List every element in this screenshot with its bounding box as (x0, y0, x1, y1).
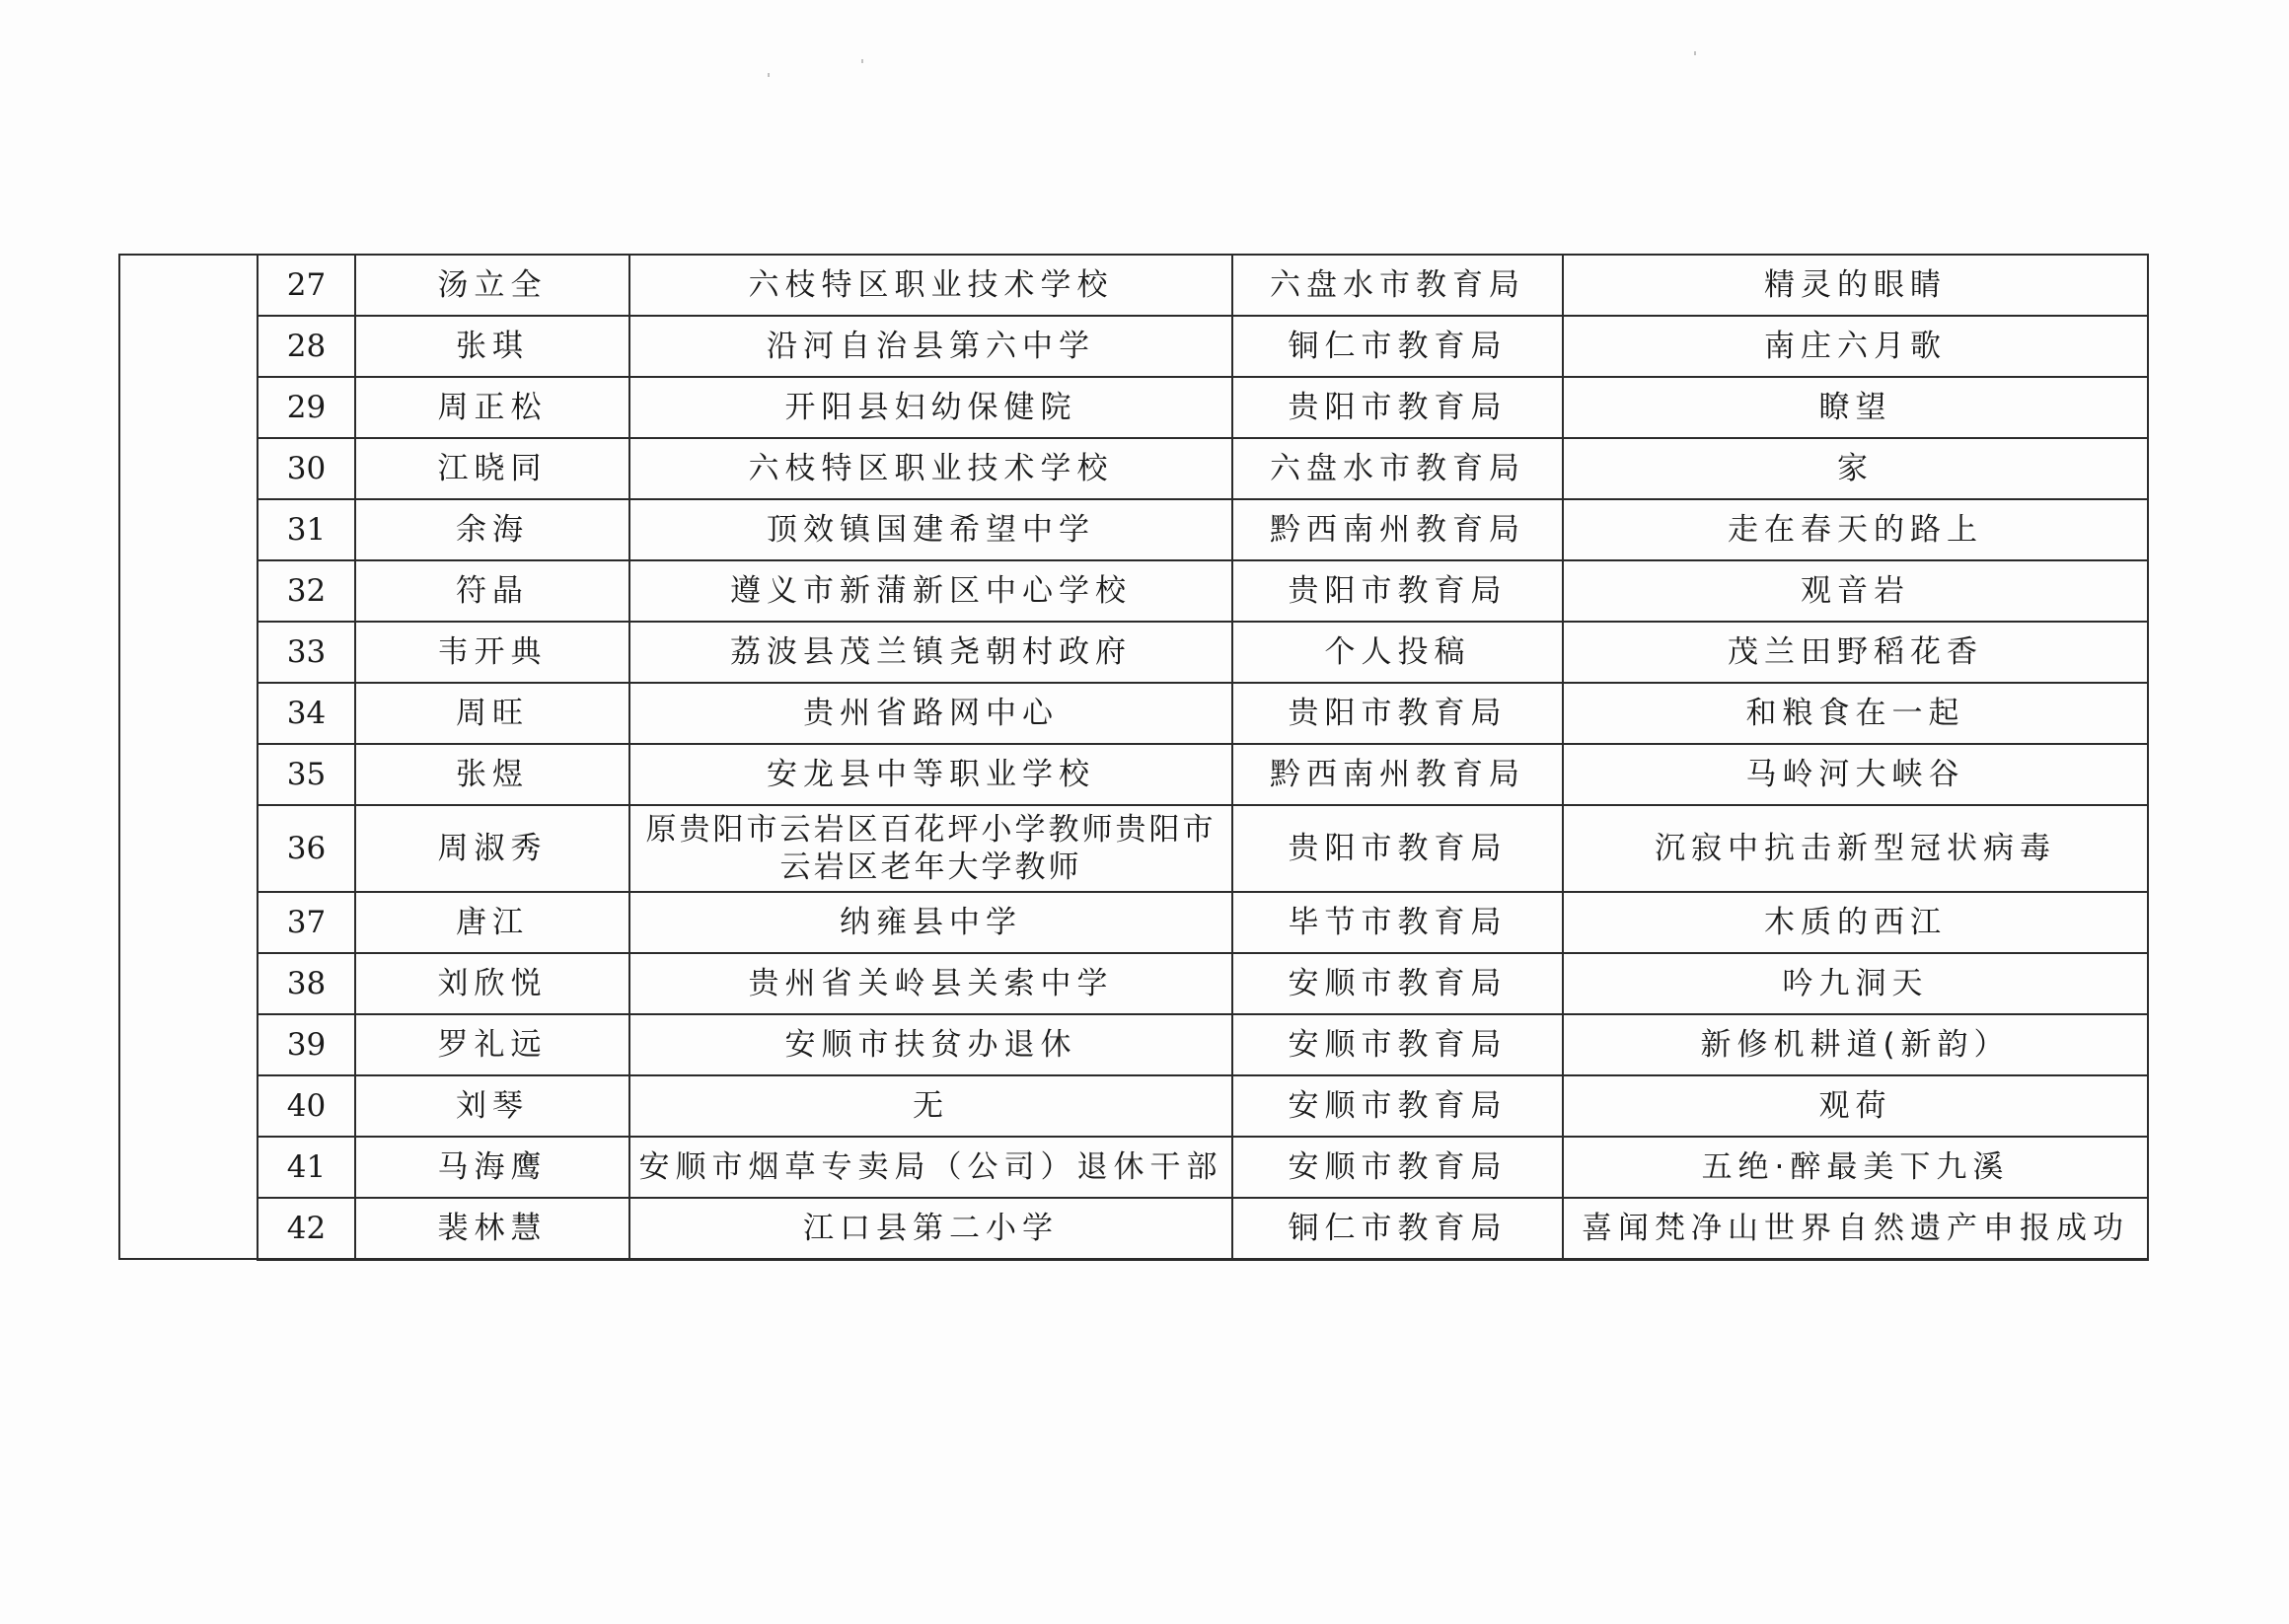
author-unit: 六枝特区职业技术学校 (629, 438, 1232, 499)
author-unit: 纳雍县中学 (629, 892, 1232, 953)
row-number: 37 (258, 892, 355, 953)
row-number: 33 (258, 622, 355, 683)
author-name: 裴林慧 (355, 1198, 629, 1259)
recommending-unit: 个人投稿 (1232, 622, 1563, 683)
work-title: 新修机耕道(新韵） (1563, 1014, 2148, 1075)
recommending-unit: 安顺市教育局 (1232, 1137, 1563, 1198)
scan-speck (1694, 51, 1696, 55)
recommending-unit: 贵阳市教育局 (1232, 560, 1563, 622)
row-number: 35 (258, 744, 355, 805)
table-row: 37 唐江 纳雍县中学 毕节市教育局 木质的西江 (119, 892, 2148, 953)
author-name: 刘欣悦 (355, 953, 629, 1014)
recommending-unit: 安顺市教育局 (1232, 953, 1563, 1014)
work-title: 南庄六月歌 (1563, 316, 2148, 377)
recommending-unit: 毕节市教育局 (1232, 892, 1563, 953)
author-name: 马海鹰 (355, 1137, 629, 1198)
author-name: 江晓同 (355, 438, 629, 499)
row-number: 31 (258, 499, 355, 560)
row-number: 36 (258, 805, 355, 892)
table-row: 39 罗礼远 安顺市扶贫办退休 安顺市教育局 新修机耕道(新韵） (119, 1014, 2148, 1075)
table-row: 38 刘欣悦 贵州省关岭县关索中学 安顺市教育局 吟九洞天 (119, 953, 2148, 1014)
row-number: 29 (258, 377, 355, 438)
author-unit: 安龙县中等职业学校 (629, 744, 1232, 805)
author-name: 罗礼远 (355, 1014, 629, 1075)
work-title: 沉寂中抗击新型冠状病毒 (1563, 805, 2148, 892)
author-unit: 沿河自治县第六中学 (629, 316, 1232, 377)
author-unit: 安顺市扶贫办退休 (629, 1014, 1232, 1075)
recommending-unit: 贵阳市教育局 (1232, 377, 1563, 438)
scan-speck (861, 59, 863, 63)
work-title: 五绝·醉最美下九溪 (1563, 1137, 2148, 1198)
author-name: 周旺 (355, 683, 629, 744)
work-title: 观音岩 (1563, 560, 2148, 622)
row-number: 34 (258, 683, 355, 744)
recommending-unit: 安顺市教育局 (1232, 1014, 1563, 1075)
row-number: 38 (258, 953, 355, 1014)
roster-body: 27 汤立全 六枝特区职业技术学校 六盘水市教育局 精灵的眼睛 28 张琪 沿河… (119, 255, 2148, 1259)
author-name: 周淑秀 (355, 805, 629, 892)
row-number: 41 (258, 1137, 355, 1198)
work-title: 走在春天的路上 (1563, 499, 2148, 560)
recommending-unit: 黔西南州教育局 (1232, 744, 1563, 805)
recommending-unit: 安顺市教育局 (1232, 1075, 1563, 1137)
author-unit: 原贵阳市云岩区百花坪小学教师贵阳市云岩区老年大学教师 (629, 805, 1232, 892)
work-title: 瞭望 (1563, 377, 2148, 438)
table-row: 27 汤立全 六枝特区职业技术学校 六盘水市教育局 精灵的眼睛 (119, 255, 2148, 316)
author-name: 余海 (355, 499, 629, 560)
merged-category-cell (119, 255, 258, 1259)
table-row: 33 韦开典 荔波县茂兰镇尧朝村政府 个人投稿 茂兰田野稻花香 (119, 622, 2148, 683)
author-unit: 江口县第二小学 (629, 1198, 1232, 1259)
row-number: 42 (258, 1198, 355, 1259)
author-unit: 六枝特区职业技术学校 (629, 255, 1232, 316)
author-unit: 无 (629, 1075, 1232, 1137)
table-row: 36 周淑秀 原贵阳市云岩区百花坪小学教师贵阳市云岩区老年大学教师 贵阳市教育局… (119, 805, 2148, 892)
table-row: 28 张琪 沿河自治县第六中学 铜仁市教育局 南庄六月歌 (119, 316, 2148, 377)
recommending-unit: 六盘水市教育局 (1232, 255, 1563, 316)
row-number: 39 (258, 1014, 355, 1075)
author-unit: 开阳县妇幼保健院 (629, 377, 1232, 438)
author-unit: 荔波县茂兰镇尧朝村政府 (629, 622, 1232, 683)
author-name: 韦开典 (355, 622, 629, 683)
recommending-unit: 黔西南州教育局 (1232, 499, 1563, 560)
author-name: 周正松 (355, 377, 629, 438)
author-name: 刘琴 (355, 1075, 629, 1137)
table-row: 42 裴林慧 江口县第二小学 铜仁市教育局 喜闻梵净山世界自然遗产申报成功 (119, 1198, 2148, 1259)
row-number: 40 (258, 1075, 355, 1137)
work-title: 喜闻梵净山世界自然遗产申报成功 (1563, 1198, 2148, 1259)
row-number: 32 (258, 560, 355, 622)
work-title: 家 (1563, 438, 2148, 499)
recommending-unit: 贵阳市教育局 (1232, 683, 1563, 744)
scan-speck (768, 73, 770, 77)
author-name: 张煜 (355, 744, 629, 805)
work-title: 茂兰田野稻花香 (1563, 622, 2148, 683)
table-row: 31 余海 顶效镇国建希望中学 黔西南州教育局 走在春天的路上 (119, 499, 2148, 560)
work-title: 和粮食在一起 (1563, 683, 2148, 744)
author-name: 张琪 (355, 316, 629, 377)
table-row: 34 周旺 贵州省路网中心 贵阳市教育局 和粮食在一起 (119, 683, 2148, 744)
author-name: 汤立全 (355, 255, 629, 316)
recommending-unit: 六盘水市教育局 (1232, 438, 1563, 499)
author-name: 唐江 (355, 892, 629, 953)
author-name: 符晶 (355, 560, 629, 622)
table-row: 41 马海鹰 安顺市烟草专卖局（公司）退休干部 安顺市教育局 五绝·醉最美下九溪 (119, 1137, 2148, 1198)
row-number: 30 (258, 438, 355, 499)
row-number: 28 (258, 316, 355, 377)
work-title: 精灵的眼睛 (1563, 255, 2148, 316)
scanned-page: 27 汤立全 六枝特区职业技术学校 六盘水市教育局 精灵的眼睛 28 张琪 沿河… (0, 0, 2289, 1624)
table-row: 30 江晓同 六枝特区职业技术学校 六盘水市教育局 家 (119, 438, 2148, 499)
author-unit: 贵州省关岭县关索中学 (629, 953, 1232, 1014)
author-unit: 遵义市新蒲新区中心学校 (629, 560, 1232, 622)
work-title: 吟九洞天 (1563, 953, 2148, 1014)
recommending-unit: 铜仁市教育局 (1232, 1198, 1563, 1259)
author-unit: 贵州省路网中心 (629, 683, 1232, 744)
row-number: 27 (258, 255, 355, 316)
recommending-unit: 铜仁市教育局 (1232, 316, 1563, 377)
table-row: 32 符晶 遵义市新蒲新区中心学校 贵阳市教育局 观音岩 (119, 560, 2148, 622)
table-row: 35 张煜 安龙县中等职业学校 黔西南州教育局 马岭河大峡谷 (119, 744, 2148, 805)
author-unit: 顶效镇国建希望中学 (629, 499, 1232, 560)
award-roster-table: 27 汤立全 六枝特区职业技术学校 六盘水市教育局 精灵的眼睛 28 张琪 沿河… (118, 254, 2149, 1261)
table-row: 40 刘琴 无 安顺市教育局 观荷 (119, 1075, 2148, 1137)
work-title: 观荷 (1563, 1075, 2148, 1137)
table-row: 29 周正松 开阳县妇幼保健院 贵阳市教育局 瞭望 (119, 377, 2148, 438)
work-title: 马岭河大峡谷 (1563, 744, 2148, 805)
recommending-unit: 贵阳市教育局 (1232, 805, 1563, 892)
work-title: 木质的西江 (1563, 892, 2148, 953)
author-unit: 安顺市烟草专卖局（公司）退休干部 (629, 1137, 1232, 1198)
